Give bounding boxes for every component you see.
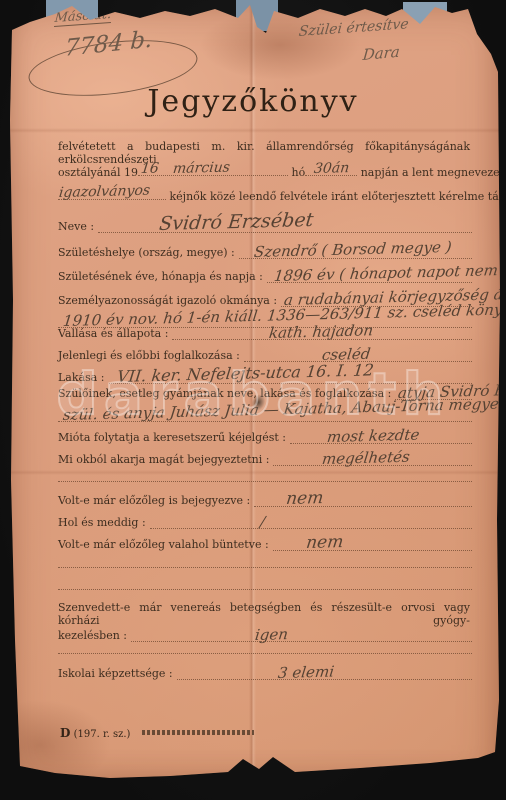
form-row-registered-before: Volt-e már előzőleg is bejegyezve : nem	[58, 490, 472, 507]
status-handwritten: igazolványos	[58, 183, 151, 201]
printer-imprint-microtext	[142, 730, 254, 735]
field-label: Mióta folytatja a keresetszerű kéjelgést…	[58, 431, 290, 444]
form-row-where-how-long: Hol és meddig : /	[58, 512, 472, 529]
field-label: Volt-e már előzőleg valahol büntetve :	[58, 538, 273, 551]
intro-line3-text: kéjnők közé leendő felvétele iránt előte…	[170, 190, 506, 203]
field-label: Hol és meddig :	[58, 516, 150, 529]
day-blank: 30án	[305, 162, 357, 176]
form-row-treatment: kezelésben : igen	[58, 625, 472, 642]
form-row-reason: Mi okból akarja magát bejegyeztetni : me…	[58, 449, 472, 466]
field-label: Születéshelye (ország, megye) :	[58, 246, 239, 259]
year-handwritten: 16	[140, 161, 160, 177]
tear-shadow	[0, 700, 110, 790]
blank-dotted-line	[58, 653, 472, 654]
field-label: Jelenlegi és előbbi foglalkozása :	[58, 349, 244, 362]
field-label: Neve :	[58, 220, 98, 233]
blank-dotted-line	[58, 481, 472, 482]
handwritten-answer: nem	[305, 532, 345, 553]
dotted-line: megélhetés	[273, 448, 472, 466]
blank-dotted-line	[58, 567, 472, 568]
intro-line3: igazolványos kéjnők közé leendő felvétel…	[58, 186, 470, 203]
handwritten-answer: megélhetés	[321, 448, 411, 468]
day-handwritten: 30án	[313, 160, 350, 177]
form-row-name: Neve : Svidró Erzsébet	[58, 216, 472, 233]
month-handwritten: március	[172, 160, 231, 177]
field-label: Iskolai képzettsége :	[58, 667, 177, 680]
handwritten-answer: Svidró Erzsébet	[158, 209, 315, 235]
status-blank: igazolványos	[58, 186, 166, 200]
field-label: Vallása és állapota :	[58, 327, 172, 340]
form-row-since-when: Mióta folytatja a keresetszerű kéjelgést…	[58, 427, 472, 444]
intro-line2: osztályánál 1916március hó30án napján a …	[58, 162, 470, 179]
handwritten-answer: kath. hajadon	[268, 321, 374, 342]
intro-line2-post: napján a lent megnevezett nővel	[361, 166, 506, 179]
form-row-parents-cont: szül. és anyja Juhász Julia — Kajatha, A…	[58, 405, 472, 422]
handwritten-answer: 1896 év ( hónapot napot nem tudja )	[273, 260, 506, 285]
blank-dotted-line	[58, 589, 472, 590]
form-row-punished-before: Volt-e már előzőleg valahol büntetve : n…	[58, 534, 472, 551]
form-number: (197. r. sz.)	[74, 729, 131, 740]
dotted-line: 3 elemi	[177, 662, 472, 680]
field-label: Mi okból akarja magát bejegyeztetni :	[58, 453, 273, 466]
dotted-line: 1896 év ( hónapot napot nem tudja )	[267, 265, 472, 283]
field-label: kezelésben :	[58, 629, 131, 642]
dotted-line: Svidró Erzsébet	[98, 215, 472, 233]
dotted-line: kath. hajadon	[172, 322, 472, 340]
page-title: Jegyzőkönyv	[0, 84, 506, 119]
field-label: Volt-e már előzőleg is bejegyezve :	[58, 494, 254, 507]
handwritten-answer: igen	[254, 625, 289, 644]
handwritten-answer: Szendrő ( Borsod megye )	[253, 238, 453, 261]
field-label: Születésének éve, hónapja és napja :	[58, 270, 267, 283]
handwritten-answer: nem	[285, 488, 325, 509]
signature-note: Dara	[362, 43, 401, 64]
dotted-line: szül. és anyja Juhász Julia — Kajatha, A…	[58, 404, 472, 422]
month-blank: 16március	[138, 162, 288, 176]
handwritten-answer: most kezdte	[326, 426, 420, 446]
intro-line2-mid: hó	[292, 166, 306, 179]
form-row-education: Iskolai képzettsége : 3 elemi	[58, 663, 472, 680]
form-row-birthdate: Születésének éve, hónapja és napja : 189…	[58, 266, 472, 283]
field-label: Személyazonosságát igazoló okmánya :	[58, 294, 281, 307]
form-row-religion: Vallása és állapota : kath. hajadon	[58, 323, 472, 340]
dotted-line: /	[150, 511, 472, 529]
handwritten-answer: 3 elemi	[277, 663, 335, 682]
form-row-occupation: Jelenlegi és előbbi foglalkozása : cselé…	[58, 345, 472, 362]
dotted-line: cseléd	[244, 344, 472, 362]
form-code: D	[60, 726, 70, 740]
form-row-birthplace: Születéshelye (ország, megye) : Szendrő …	[58, 242, 472, 259]
horizontal-crease	[0, 128, 506, 133]
dotted-line: igen	[131, 624, 472, 642]
dotted-line: nem	[254, 489, 472, 507]
horizontal-crease	[0, 470, 506, 475]
dotted-line: most kezdte	[290, 426, 472, 444]
dotted-line: nem	[273, 533, 472, 551]
dotted-line: Szendrő ( Borsod megye )	[239, 241, 472, 259]
form-footer: D (197. r. sz.)	[60, 726, 254, 740]
intro-line2-pre: osztályánál 19	[58, 166, 138, 179]
scanned-document-page: Másolat. 7784 b. Szülei értesítve Dara J…	[0, 0, 506, 800]
handwritten-answer: /	[259, 513, 266, 531]
document-paper: Másolat. 7784 b. Szülei értesítve Dara J…	[0, 0, 506, 800]
